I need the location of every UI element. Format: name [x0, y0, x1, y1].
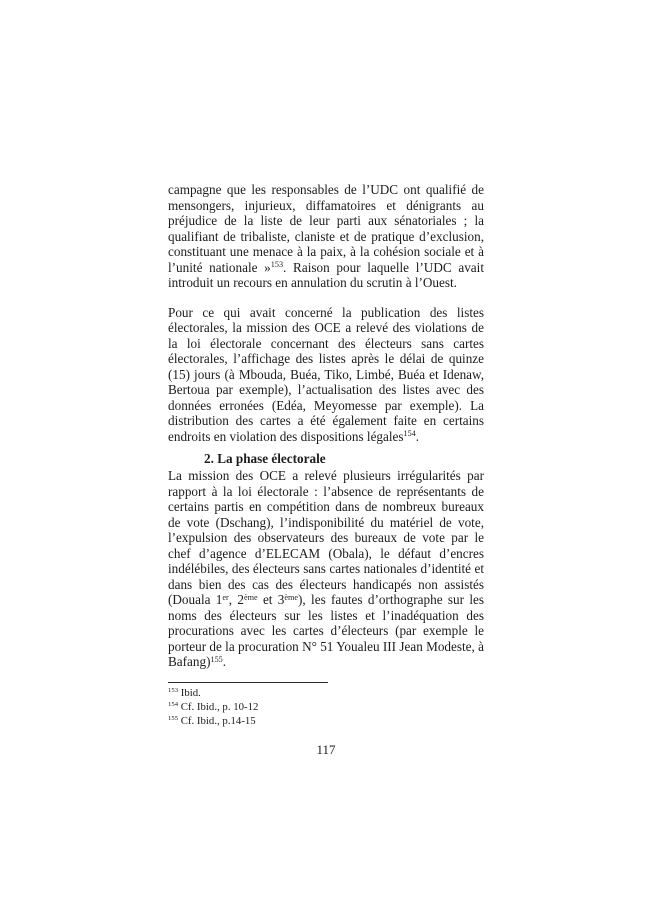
footnote-item: 154 Cf. Ibid., p. 10-12	[168, 701, 484, 715]
paragraph: Pour ce qui avait concerné la publicatio…	[168, 305, 484, 445]
footnote-item: 153 Ibid.	[168, 687, 484, 701]
page-number: 117	[168, 742, 484, 758]
footnote-marker: 155	[168, 715, 178, 722]
footnote-marker: 154	[168, 701, 178, 708]
paragraph: campagne que les responsables de l’UDC o…	[168, 182, 484, 291]
footnote-text: Cf. Ibid., p.14-15	[181, 715, 256, 727]
section-heading: 2. La phase électorale	[168, 451, 484, 467]
footnote-text: Ibid.	[181, 687, 201, 699]
paragraph: La mission des OCE a relevé plusieurs ir…	[168, 468, 484, 670]
footnote-separator-rule	[168, 682, 328, 683]
footnote-text: Cf. Ibid., p. 10-12	[181, 701, 259, 713]
footnote-marker: 153	[168, 687, 178, 694]
footnotes-section: 153 Ibid. 154 Cf. Ibid., p. 10-12 155 Cf…	[168, 682, 484, 728]
text-block: campagne que les responsables de l’UDC o…	[168, 182, 484, 670]
document-page: campagne que les responsables de l’UDC o…	[0, 0, 650, 920]
footnote-item: 155 Cf. Ibid., p.14-15	[168, 715, 484, 729]
